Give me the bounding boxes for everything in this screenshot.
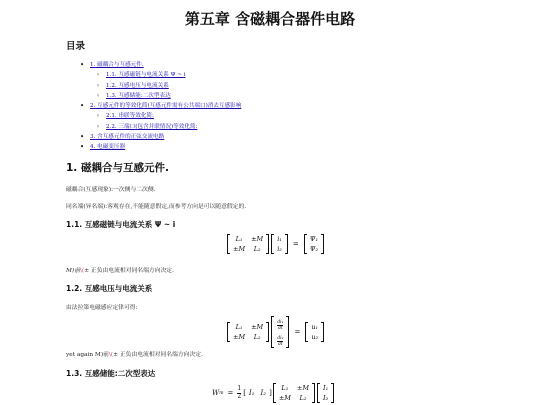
voltage-vector: u₁u₂ — [305, 322, 324, 342]
current-column-vector: I₁I₂ — [317, 383, 334, 403]
toc-item: 3. 含互感元件的正弦交流电路 — [76, 132, 241, 142]
toc-heading: 目录 — [66, 38, 85, 52]
equation-voltage: L₁±M±ML₂ di₁dt di₂dt = u₁u₂ — [226, 316, 325, 348]
toc-link[interactable]: 1. 磁耦合与互感元件. — [90, 62, 144, 68]
page-title: 第五章 含磁耦合器件电路 — [0, 8, 540, 29]
current-vector: i₁i₂ — [271, 234, 288, 254]
toc-item: 1.1. 互感磁链与电流关系 Ψ ~ i — [76, 70, 241, 80]
flux-vector: Ψ₁Ψ₂ — [304, 234, 324, 254]
toc-item: 4. 电磁变压器 — [76, 142, 241, 152]
toc-link[interactable]: 1.2. 互感电压与电流关系 — [106, 83, 169, 89]
section-1-2-note: yet again M)前\(± 正负由电流相对同名端方向决定. — [66, 349, 203, 358]
inductance-matrix: L₁±M±ML₂ — [227, 234, 269, 254]
toc-item: 1.2. 互感电压与电流关系 — [76, 81, 241, 91]
equation-energy: Wm = 12 [I₁I₂] L₁±M±ML₂ I₁I₂ — [212, 383, 335, 403]
inductance-matrix: L₁±M±ML₂ — [227, 322, 269, 342]
document-page: 第五章 含磁耦合器件电路 目录 1. 磁耦合与互感元件. 1.1. 互感磁链与电… — [0, 0, 540, 405]
section-1-3-heading: 1.3. 互感储能:二次型表达 — [66, 368, 155, 379]
toc-item: 2.1. 串联等效化简: — [76, 111, 241, 121]
section-1-2-para: 由法拉第电磁感应定律可得: — [66, 302, 138, 311]
derivative-vector: di₁dt di₂dt — [271, 316, 289, 348]
table-of-contents: 1. 磁耦合与互感元件. 1.1. 互感磁链与电流关系 Ψ ~ i 1.2. 互… — [76, 60, 241, 153]
toc-link[interactable]: 2.2. 三端口(包含并联情况)等效化简: — [106, 124, 197, 130]
toc-link[interactable]: 1.1. 互感磁链与电流关系 Ψ ~ i — [106, 72, 186, 78]
toc-link[interactable]: 2.1. 串联等效化简: — [106, 113, 154, 119]
toc-item: 2. 互感元件的等效化简(互感元件需有公共端口)消去互感影响 — [76, 101, 241, 111]
section-1-2-heading: 1.2. 互感电压与电流关系 — [66, 283, 152, 294]
equation-flux: L₁±M±ML₂ i₁i₂ = Ψ₁Ψ₂ — [226, 234, 325, 254]
toc-link[interactable]: 3. 含互感元件的正弦交流电路 — [90, 134, 164, 140]
section-1-para-1: 磁耦合(互感现象):一次侧与二次侧. — [66, 184, 155, 193]
toc-item: 1.3. 互感储能:二次型表达 — [76, 91, 241, 101]
section-1-heading: 1. 磁耦合与互感元件. — [66, 160, 169, 175]
section-1-1-note: M)前\(± 正负由电流相对同名端方向决定. — [66, 265, 174, 274]
toc-item: 1. 磁耦合与互感元件. — [76, 60, 241, 70]
section-1-1-heading: 1.1. 互感磁链与电流关系 Ψ ~ i — [66, 219, 175, 230]
inductance-matrix: L₁±M±ML₂ — [273, 383, 315, 403]
toc-link[interactable]: 4. 电磁变压器 — [90, 144, 125, 150]
section-1-para-2: 同名端(异名端):客观存在,不能随意假定,而参考方向是可以随意假定的. — [66, 201, 246, 210]
toc-link[interactable]: 1.3. 互感储能:二次型表达 — [106, 93, 171, 99]
toc-item: 2.2. 三端口(包含并联情况)等效化简: — [76, 122, 241, 132]
toc-link[interactable]: 2. 互感元件的等效化简(互感元件需有公共端口)消去互感影响 — [90, 103, 241, 109]
